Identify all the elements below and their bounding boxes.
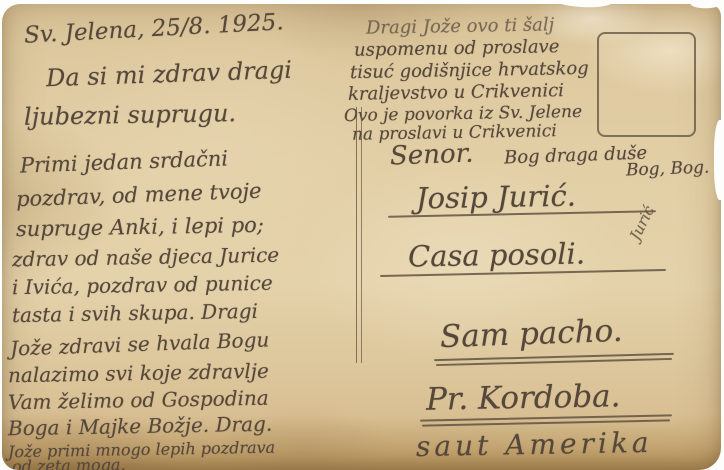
message-line: tasta i svih skupa. Dragi [12, 299, 258, 327]
dateline: Sv. Jelena, 25/8. 1925. [23, 9, 284, 49]
postcard-divider-line [356, 107, 362, 363]
message-line: Vam želimo od Gospodina [8, 386, 269, 415]
message-line: ljubezni suprugu. [24, 99, 237, 131]
address-region: Pr. Kordoba. [426, 378, 621, 417]
margin-scribble: Jurić [626, 203, 658, 243]
message-line: pozdrav, od mene tvoje [16, 179, 262, 212]
signature: Senor. [390, 139, 474, 172]
address-street: Casa posoli. [408, 236, 586, 273]
message-line: i Ivića, pozdrav od punice [12, 271, 273, 300]
message-line: Jože zdravi se hvala Bogu [10, 327, 270, 360]
message-line: od zeta moga. [12, 455, 126, 470]
address-city: Sam pacho. [439, 313, 623, 355]
message-line: nalazimo svi koje zdravlje [8, 359, 269, 388]
message-line: Primi jedan srdačni [20, 146, 229, 177]
stamp-box [597, 32, 696, 137]
message-line: uspomenu od proslave [354, 36, 560, 61]
torn-edge [714, 120, 724, 200]
message-line: Bog, Bog. [626, 158, 710, 181]
address-country: saut Amerika [416, 426, 653, 463]
message-line: Boga i Majke Božje. Drag. [8, 412, 273, 441]
message-line: Dragi Jože ovo ti šalj [366, 14, 555, 38]
postcard-scan: Sv. Jelena, 25/8. 1925. Da si mi zdrav d… [0, 0, 724, 470]
message-line: Da si mi zdrav dragi [46, 56, 293, 93]
message-line: supruge Anki, i lepi po; [16, 213, 264, 241]
postcard-paper: Sv. Jelena, 25/8. 1925. Da si mi zdrav d… [2, 4, 721, 470]
address-name: Josip Jurić. [416, 179, 577, 216]
message-line: kraljevstvo u Crikvenici [348, 80, 564, 105]
message-line: zdrav od naše djeca Jurice [12, 243, 280, 272]
